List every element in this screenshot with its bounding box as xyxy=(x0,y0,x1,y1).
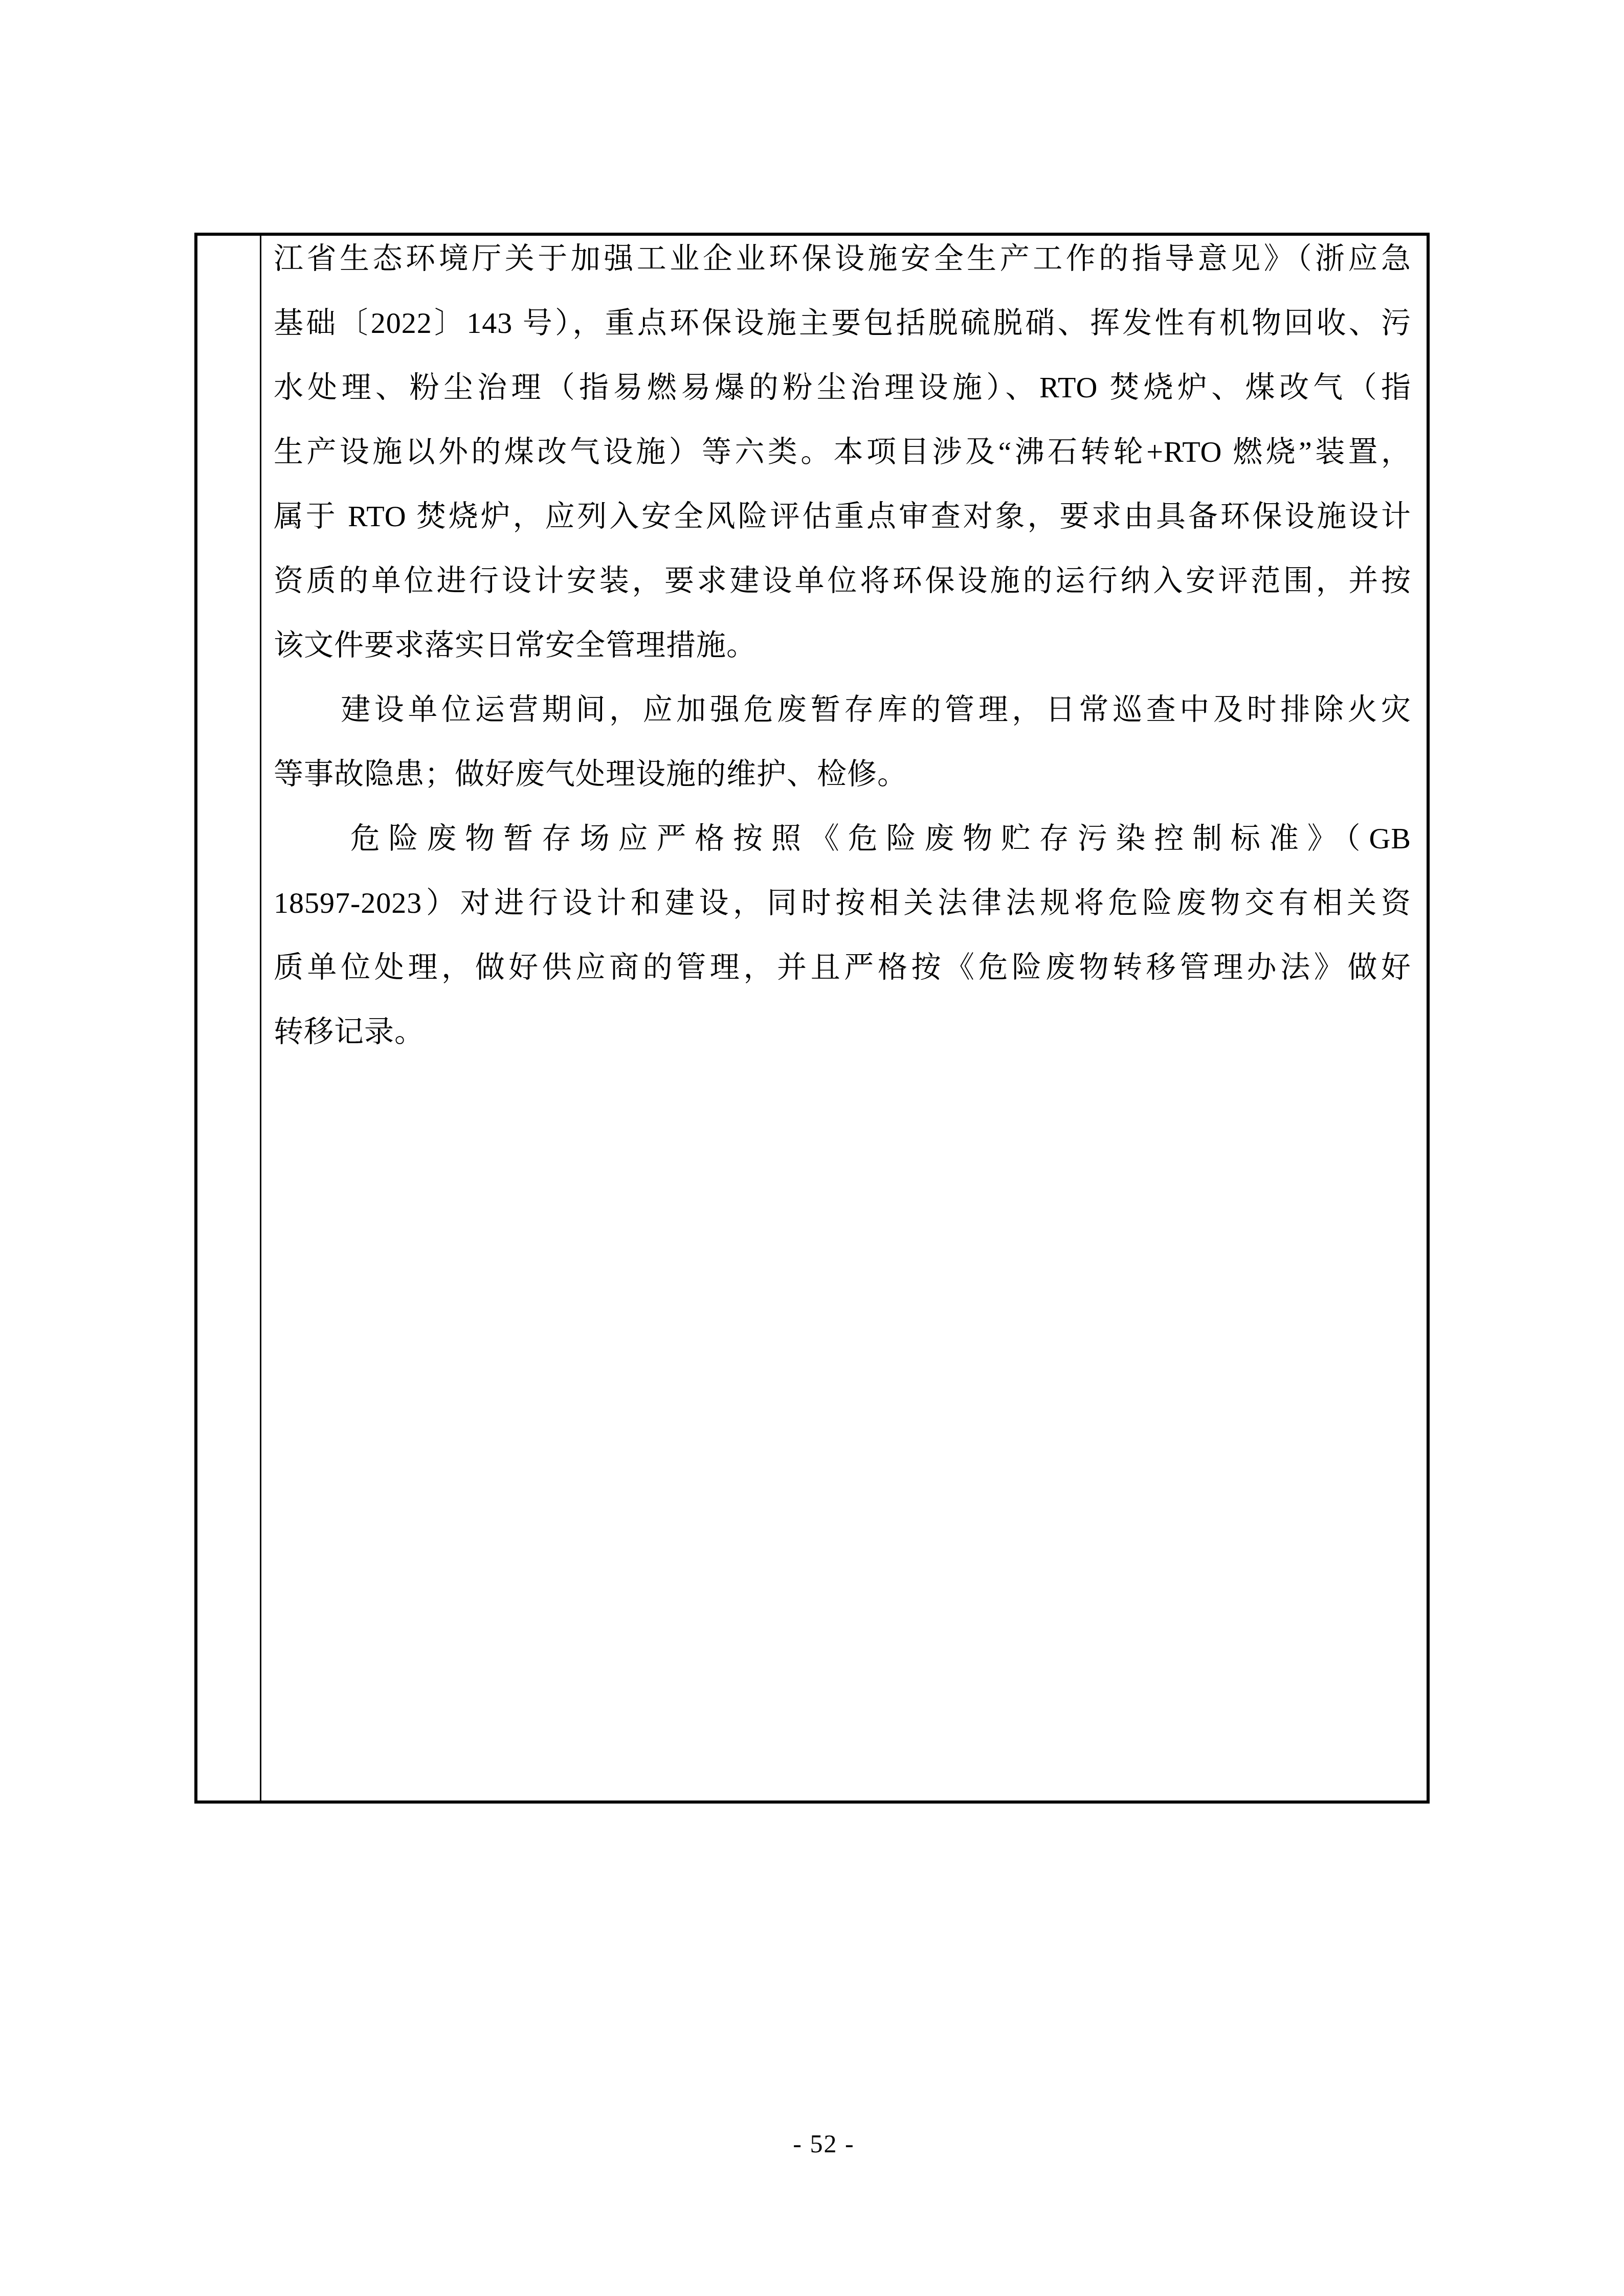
text-line: 质单位处理，做好供应商的管理，并且严格按《危险废物转移管理办法》做好 xyxy=(274,935,1411,1000)
text-line: 转移记录。 xyxy=(274,1000,1411,1064)
page-number: - 52 - xyxy=(793,2129,854,2158)
text-line: 江省生态环境厅关于加强工业企业环保设施安全生产工作的指导意见》（浙应急 xyxy=(274,236,1411,291)
document-page: { "page": { "background_color": "#ffffff… xyxy=(0,0,1624,2296)
text-line: 该文件要求落实日常安全管理措施。 xyxy=(274,613,1411,678)
text-line: 等事故隐患；做好废气处理设施的维护、检修。 xyxy=(274,742,1411,806)
text-line: 18597-2023）对进行设计和建设，同时按相关法律法规将危险废物交有相关资 xyxy=(274,871,1411,935)
text-line: 建设单位运营期间，应加强危废暂存库的管理，日常巡查中及时排除火灾 xyxy=(274,678,1411,742)
text-line: 属于 RTO 焚烧炉，应列入安全风险评估重点审查对象，要求由具备环保设施设计 xyxy=(274,484,1411,549)
paragraph-lines: 江省生态环境厅关于加强工业企业环保设施安全生产工作的指导意见》（浙应急 基础〔2… xyxy=(274,236,1411,1064)
text-line: 生产设施以外的煤改气设施）等六类。本项目涉及“沸石转轮+RTO 燃烧”装置， xyxy=(274,420,1411,484)
stub-column-cell xyxy=(197,236,261,1800)
text-line: 资质的单位进行设计安装，要求建设单位将环保设施的运行纳入安评范围，并按 xyxy=(274,549,1411,613)
footer: - 52 - xyxy=(24,2128,1624,2159)
text-line: 水处理、粉尘治理（指易燃易爆的粉尘治理设施）、RTO 焚烧炉、煤改气（指 xyxy=(274,355,1411,420)
text-line: 基础〔2022〕143 号），重点环保设施主要包括脱硫脱硝、挥发性有机物回收、污 xyxy=(274,291,1411,355)
text-column-cell: 江省生态环境厅关于加强工业企业环保设施安全生产工作的指导意见》（浙应急 基础〔2… xyxy=(261,236,1427,1800)
text-line: 危险废物暂存场应严格按照《危险废物贮存污染控制标准》（GB xyxy=(274,806,1411,871)
content-table: 江省生态环境厅关于加强工业企业环保设施安全生产工作的指导意见》（浙应急 基础〔2… xyxy=(194,233,1430,1804)
